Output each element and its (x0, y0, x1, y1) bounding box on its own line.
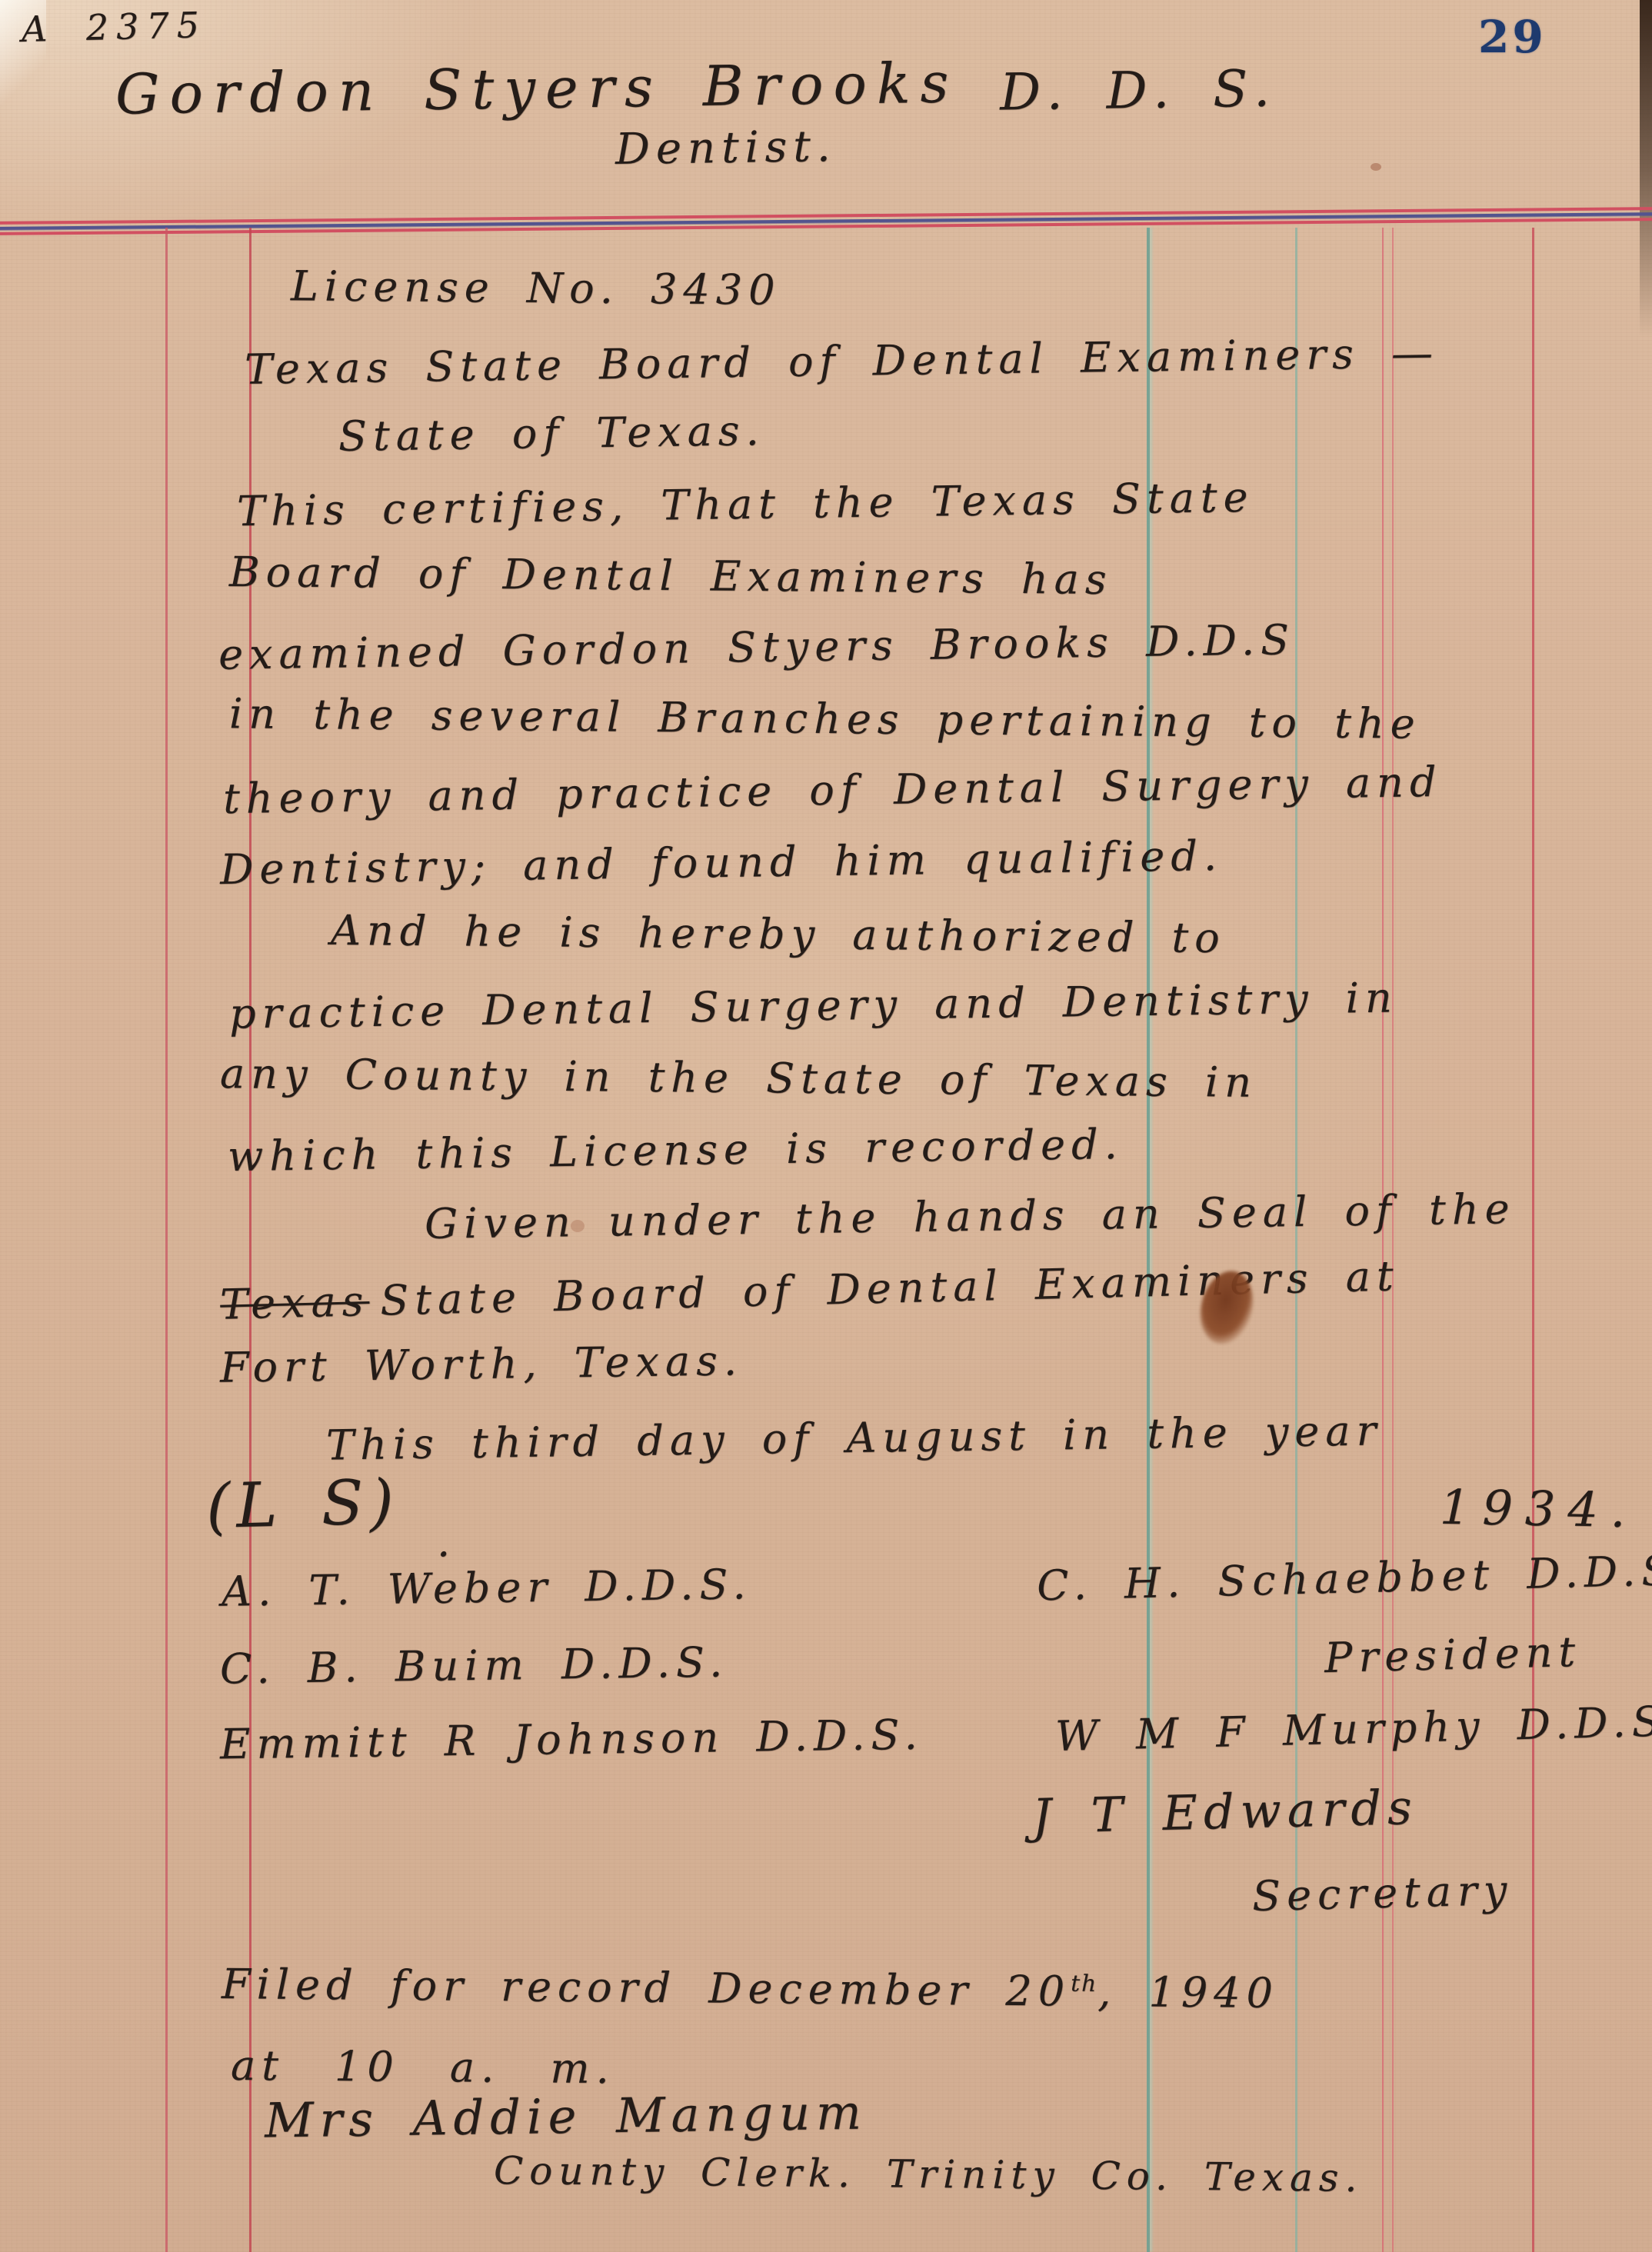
margin-line-red-left-1 (165, 228, 168, 2252)
hw-para1-line4: in the several Branches pertaining to th… (229, 691, 1421, 747)
ledger-page: 29 A 2375 Gordon Styers Brooks D. D. S. … (0, 0, 1652, 2252)
signature-schaebbet: C. H. Schaebbet D.D.S. (1036, 1547, 1652, 1609)
hw-year: 1934. (1439, 1481, 1638, 1537)
signature-johnson: Emmitt R Johnson D.D.S. (220, 1712, 924, 1767)
clerk-title: County Clerk. Trinity Co. Texas. (494, 2150, 1364, 2200)
clerk-signature: Mrs Addie Mangum (265, 2087, 868, 2147)
file-number: A 2375 (21, 5, 207, 48)
hw-para3-line3: Fort Worth, Texas. (220, 1338, 744, 1391)
hw-para3-line1: Given under the hands an Seal of the (425, 1186, 1516, 1247)
margin-line-red-right-2 (1532, 228, 1534, 2252)
signature-weber: A. T. Weber D.D.S. (221, 1561, 752, 1614)
filing-line-2: at 10 a. m. (231, 2043, 615, 2092)
filing-line1-post: , 1940 (1097, 1967, 1279, 2017)
hw-para1-line2: Board of Dental Examiners has (229, 549, 1113, 602)
licensee-degree: D. D. S. (1000, 61, 1278, 121)
hw-para1-line6: Dentistry; and found him qualified. (220, 833, 1224, 893)
filing-line1-pre: Filed for record December 20 (221, 1960, 1071, 2016)
signature-murphy: W M F Murphy D.D.S. (1054, 1698, 1652, 1759)
margin-line-red-right-1a (1382, 228, 1384, 2252)
hw-para1-line5: theory and practice of Dental Surgery an… (223, 759, 1443, 822)
paper-speck-2 (571, 1220, 585, 1232)
header-rule (0, 207, 1652, 235)
hw-date-line: This third day of August in the year (326, 1407, 1383, 1468)
column-line-teal-1 (1147, 228, 1150, 2252)
paper-speck-1 (1371, 163, 1381, 171)
hw-para2-line1: And he is hereby authorized to (331, 908, 1226, 961)
hw-para1-line3: examined Gordon Styers Brooks D.D.S (218, 617, 1296, 678)
licensee-name: Gordon Styers Brooks (115, 52, 959, 125)
hw-para2-line3: any County in the State of Texas in (220, 1051, 1257, 1105)
signature-buim: C. B. Buim D.D.S. (220, 1639, 729, 1692)
hw-line-board: Texas State Board of Dental Examiners — (245, 330, 1440, 392)
signature-title-secretary: Secretary (1251, 1867, 1514, 1920)
hw-para1-line1: This certifies, That the Texas State (237, 475, 1254, 535)
filing-line-1: Filed for record December 20th, 1940 (221, 1961, 1279, 2016)
hw-line-license-no: License No. 3430 (291, 263, 781, 313)
struck-word-texas: Texas (219, 1277, 370, 1329)
filing-line1-superscript: th (1071, 1970, 1097, 1997)
seal-mark: (L S) (205, 1468, 401, 1541)
page-edge-shadow (1640, 0, 1652, 338)
column-line-teal-2 (1295, 228, 1297, 2252)
heading-subtitle: Dentist. (615, 123, 837, 174)
hw-line-state: State of Texas. (338, 408, 765, 459)
hw-para2-line2: practice Dental Surgery and Dentistry in (229, 974, 1398, 1037)
hw-para2-line4: which this License is recorded. (228, 1121, 1124, 1180)
page-number: 29 (1478, 11, 1547, 63)
signature-edwards: J T Edwards (1031, 1781, 1418, 1843)
seal-dot: . (437, 1519, 456, 1564)
margin-line-red-right-1b (1392, 228, 1394, 2252)
signature-title-president: President (1324, 1629, 1581, 1681)
